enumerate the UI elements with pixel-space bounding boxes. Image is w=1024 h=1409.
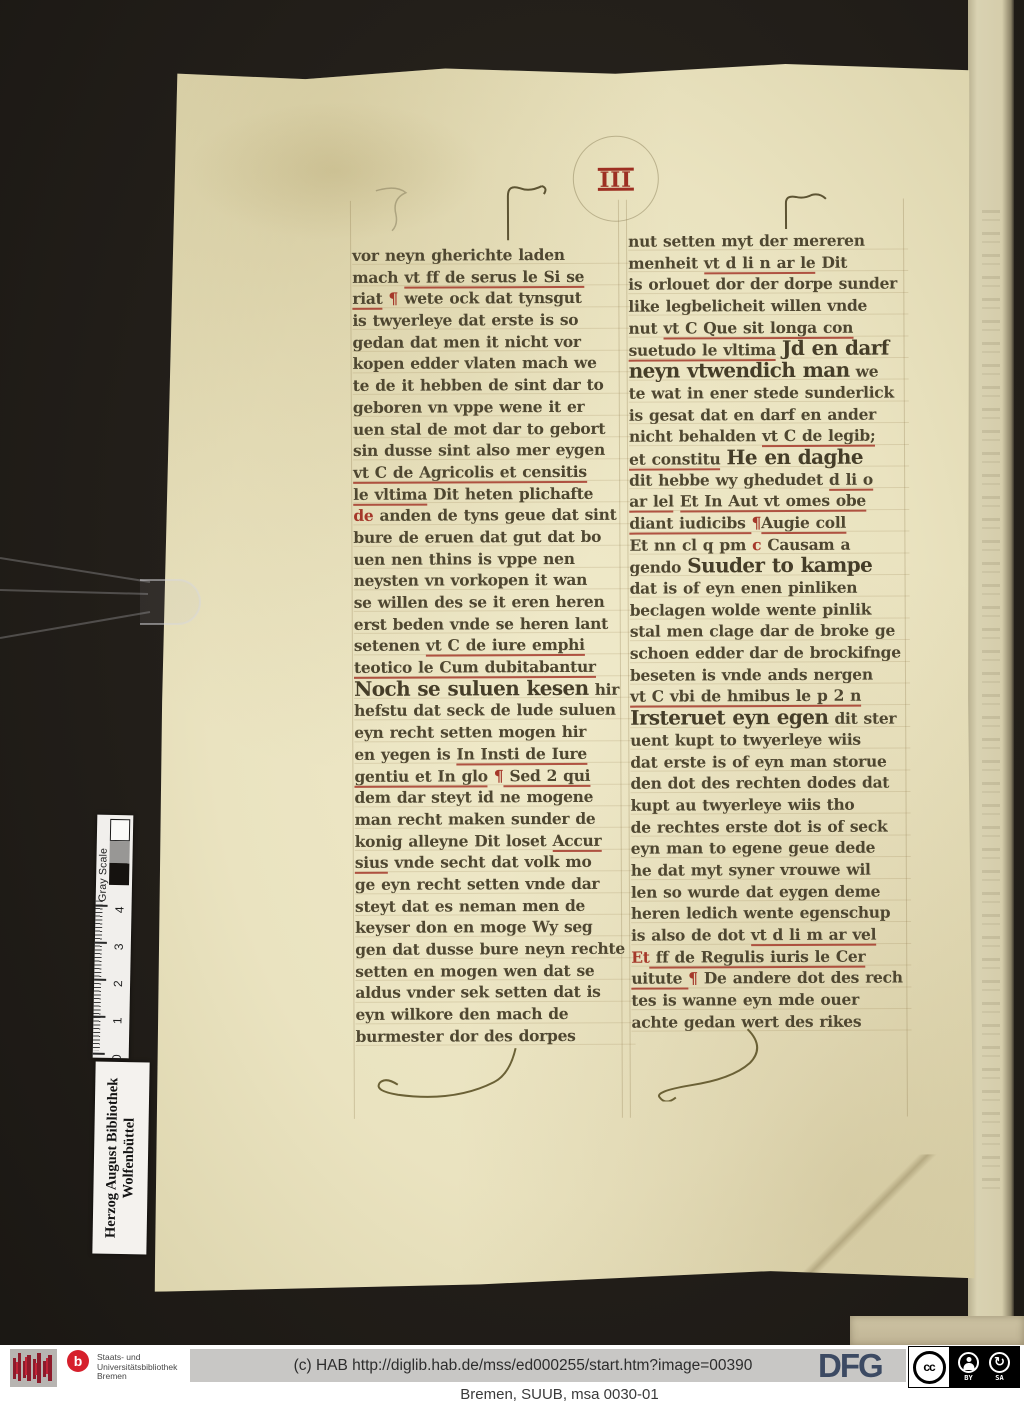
manuscript-text: dem dar steyt id ne mogene xyxy=(354,787,593,807)
manuscript-line: ar lel Et In Aut vt omes obe xyxy=(629,490,909,513)
gray-scale-swatches xyxy=(109,819,130,885)
manuscript-text: te wat in ener stede sunderlick xyxy=(629,382,894,402)
library-label-text: Herzog August Bibliothek Wolfenbüttel xyxy=(102,1064,139,1253)
manuscript-line: len so wurde dat eygen deme xyxy=(631,880,911,903)
manuscript-text: beclagen wolde wente pinlik xyxy=(630,599,871,619)
manuscript-line: keyser don en moge Wy seg xyxy=(355,916,635,939)
red-initial: de xyxy=(353,506,373,525)
cited-passage: ff de Regulis iuris le Cer xyxy=(650,946,866,968)
manuscript-line: eyn man to egene geue dede xyxy=(631,837,911,860)
ruler-major-ticks xyxy=(97,815,133,816)
pen-flourish xyxy=(366,1044,576,1111)
red-initial: c xyxy=(752,535,761,554)
bremen-line3: Bremen xyxy=(97,1372,177,1382)
manuscript-text: nicht behalden xyxy=(629,426,762,446)
cc-sa-arrow-icon: ↻ xyxy=(989,1352,1010,1373)
manuscript-text: uen stal de mot dar to gebort xyxy=(353,418,605,438)
manuscript-text: is also de dot xyxy=(631,925,751,945)
rubric-heading: Irsteruet eyn egen xyxy=(630,705,828,730)
manuscript-text: eyn man to egene geue dede xyxy=(631,838,876,858)
manuscript-text: beseten is vnde ands nergen xyxy=(630,664,873,684)
manuscript-text: anden de tyns geue dat sint xyxy=(373,505,616,525)
manuscript-text: dit hebbe wy ghedudet xyxy=(629,469,829,489)
ruler-minor-ticks xyxy=(93,901,103,1051)
cited-passage: le vltima xyxy=(353,484,427,505)
cc-sa: ↻ SA xyxy=(989,1352,1010,1382)
cited-passage: uitute xyxy=(631,969,688,990)
corner-crease xyxy=(776,1154,967,1275)
manuscript-text: nut xyxy=(628,318,663,337)
manuscript-line: vt C de Agricolis et censitis xyxy=(353,461,633,484)
manuscript-text: eyn recht setten mogen hir xyxy=(354,722,586,742)
manuscript-text xyxy=(674,492,680,511)
manuscript-line: tes is wanne eyn mde ouer xyxy=(631,989,911,1012)
cited-passage: d li o xyxy=(829,469,873,490)
manuscript-line: is also de dot vt d li m ar vel xyxy=(631,923,911,946)
manuscript-line: schoen edder dar de brockifnge xyxy=(630,642,910,665)
manuscript-line: nut setten myt der mereren xyxy=(628,229,908,252)
manuscript-text: te de it hebben de sint dar to xyxy=(353,375,604,395)
manuscript-line: le vltima Dit heten plichafte xyxy=(353,482,633,505)
cc-by: BY xyxy=(958,1352,979,1382)
manuscript-text: schoen edder dar de brockifnge xyxy=(630,643,901,663)
manuscript-text: ge eyn recht setten vnde dar xyxy=(355,874,599,894)
library-label: Herzog August Bibliothek Wolfenbüttel xyxy=(92,1062,149,1255)
manuscript-text: vnde secht dat volk mo xyxy=(388,852,591,872)
manuscript-line: dem dar steyt id ne mogene xyxy=(354,786,634,809)
manuscript-text: erst beden vnde se heren lant xyxy=(354,613,608,633)
cc-sa-label: SA xyxy=(995,1374,1003,1382)
manuscript-text: dat erste is of eyn man storue xyxy=(630,751,886,771)
manuscript-text: is twyerleye dat erste is so xyxy=(352,310,578,330)
swatch-black xyxy=(109,863,129,885)
ruler-number: 1 xyxy=(110,1010,124,1024)
manuscript-line: beseten is vnde ands nergen xyxy=(630,663,910,686)
manuscript-text: De andere dot des rech xyxy=(698,968,903,988)
cited-passage: gentiu et In glo xyxy=(354,766,487,788)
cc-attributes: BY ↻ SA xyxy=(949,1347,1019,1387)
manuscript-line: den dot des rechten dodes dat xyxy=(630,772,910,795)
manuscript-text: geboren vn vppe wene it er xyxy=(353,397,585,417)
manuscript-text: nut setten myt der mereren xyxy=(628,231,865,251)
manuscript-line: geboren vn vppe wene it er xyxy=(353,395,633,418)
cc-license-badge: cc BY ↻ SA xyxy=(908,1346,1020,1388)
cited-passage: Accur xyxy=(552,830,601,851)
text-column-right: nut setten myt der mererenmenheit vt d l… xyxy=(628,229,911,1033)
shelfmark-caption: Bremen, SUUB, msa 0030-01 xyxy=(0,1386,1024,1403)
dfg-logo: DFG xyxy=(818,1347,882,1385)
red-initial: ¶ xyxy=(388,289,398,308)
manuscript-line: konig alleyne Dit loset Accur xyxy=(355,829,635,852)
manuscript-text: gedan dat men it nicht vor xyxy=(352,332,580,352)
ruler-number: 2 xyxy=(111,973,125,987)
manuscript-text: wete ock dat tynsgut xyxy=(398,288,582,308)
cited-passage: ar lel xyxy=(629,492,674,513)
manuscript-line: sin dusse sint also mer eygen xyxy=(353,439,633,462)
manuscript-line: gentiu et In glo ¶ Sed 2 qui xyxy=(354,764,634,787)
manuscript-line: Irsteruet eyn egen dit ster xyxy=(630,707,910,730)
manuscript-line: dat erste is of eyn man storue xyxy=(630,750,910,773)
manuscript-line: uitute ¶ De andere dot des rech xyxy=(631,967,911,990)
manuscript-line: diant iudicibs ¶Augie coll xyxy=(629,511,909,534)
manuscript-text: menheit xyxy=(628,253,704,272)
manuscript-text: den dot des rechten dodes dat xyxy=(630,773,889,793)
red-initial: ¶ xyxy=(752,513,762,532)
text-column-left: vor neyn gherichte ladenmach vt ff de se… xyxy=(352,244,635,1048)
manuscript-line: is orlouet dor der dorpe sunder xyxy=(628,273,908,296)
manuscript-line: heren ledich wente egenschup xyxy=(631,902,911,925)
manuscript-text: burmester dor des dorpes xyxy=(356,1026,576,1046)
manuscript-line: is gesat dat en darf en ander xyxy=(629,403,909,426)
pen-flourish xyxy=(638,1025,808,1102)
library-name: Herzog August Bibliothek xyxy=(102,1064,122,1252)
manuscript-line: dat is of eyn enen pinliken xyxy=(630,576,910,599)
library-city: Wolfenbüttel xyxy=(119,1064,139,1252)
manuscript-text: sin dusse sint also mer eygen xyxy=(353,440,605,460)
manuscript-text: hefstu dat seck de lude suluen xyxy=(354,700,616,720)
manuscript-line: setten en mogen wen dat se xyxy=(355,959,635,982)
cited-passage: vt d li n ar le xyxy=(704,253,816,274)
manuscript-line: uen nen thins is vppe nen xyxy=(353,547,633,570)
manuscript-text: gendo xyxy=(629,558,687,577)
cited-passage: Augie coll xyxy=(761,513,846,534)
cited-passage: vt ff de serus le Si se xyxy=(404,267,584,289)
bremen-library-name: Staats- und Universitätsbibliothek Breme… xyxy=(97,1353,177,1382)
manuscript-text: is orlouet dor der dorpe sunder xyxy=(628,274,897,294)
manuscript-line: steyt dat es neman men de xyxy=(355,894,635,917)
gray-scale-ruler: Gray Scale 43210 xyxy=(93,815,134,1059)
manuscript-text: Causam a xyxy=(761,534,850,553)
manuscript-text: uent kupt to twyerleye wiis xyxy=(630,730,861,750)
manuscript-line: te wat in ener stede sunderlick xyxy=(629,381,909,404)
manuscript-line: gedan dat men it nicht vor xyxy=(352,330,632,353)
manuscript-text: dat is of eyn enen pinliken xyxy=(630,578,858,598)
manuscript-line: neyn vtwendich man we xyxy=(629,360,909,383)
cc-by-person-icon xyxy=(958,1352,979,1373)
ruler-major-tick xyxy=(93,1016,105,1018)
manuscript-line: gendo Suuder to kampe xyxy=(629,555,909,578)
manuscript-line: neysten vn vorkopen it wan xyxy=(354,569,634,592)
ruler-number: 4 xyxy=(112,899,126,913)
ruler-major-tick xyxy=(94,979,106,981)
manuscript-text: de rechtes erste dot is of seck xyxy=(631,816,888,836)
manuscript-line: gen dat dusse bure neyn rechte xyxy=(355,938,635,961)
copyright-url: (c) HAB http://diglib.hab.de/mss/ed00025… xyxy=(190,1357,906,1375)
ruler-major-tick xyxy=(96,905,108,907)
manuscript-line: dit hebbe wy ghedudet d li o xyxy=(629,468,909,491)
ruler-major-tick xyxy=(95,942,107,944)
manuscript-line: man recht maken sunder de xyxy=(355,808,635,831)
manuscript-line: uen stal de mot dar to gebort xyxy=(353,417,633,440)
manuscript-line: et constitu He en daghe xyxy=(629,446,909,469)
manuscript-text: len so wurde dat eygen deme xyxy=(631,881,880,901)
manuscript-text: kupt au twyerleye wiis tho xyxy=(631,795,855,815)
manuscript-line: eyn wilkore den mach de xyxy=(355,1003,635,1026)
manuscript-line: he dat myt syner vrouwe wil xyxy=(631,858,911,881)
cited-passage: riat xyxy=(352,289,382,310)
cited-passage: vt C de Agricolis et censitis xyxy=(353,462,587,484)
manuscript-line: Et ff de Regulis iuris le Cer xyxy=(631,945,911,968)
cited-passage: vt C de iure emphi xyxy=(426,635,585,657)
cited-passage: et constitu xyxy=(629,449,720,470)
book-underpages-edge xyxy=(968,0,1014,1318)
pen-mark xyxy=(486,178,556,242)
manuscript-line: riat ¶ wete ock dat tynsgut xyxy=(352,287,632,310)
rubric-heading: Suuder to kampe xyxy=(687,553,872,578)
gray-scale-title: Gray Scale xyxy=(97,818,111,902)
manuscript-line: setenen vt C de iure emphi xyxy=(354,634,634,657)
manuscript-text: eyn wilkore den mach de xyxy=(355,1004,568,1024)
scan-viewport: III vor neyn gherichte ladenmach vt ff d… xyxy=(0,0,1024,1409)
manuscript-line: sius vnde secht dat volk mo xyxy=(355,851,635,874)
manuscript-text: tes is wanne eyn mde ouer xyxy=(631,990,859,1010)
manuscript-text: keyser don en moge Wy seg xyxy=(355,917,592,937)
bremen-b-logo: b xyxy=(67,1350,89,1372)
manuscript-line: te de it hebben de sint dar to xyxy=(353,374,633,397)
cc-logo: cc xyxy=(909,1347,949,1387)
cited-passage: In Insti de Iure xyxy=(456,744,587,766)
manuscript-line: en yegen is In Insti de Iure xyxy=(354,742,634,765)
manuscript-text: kopen edder vlaten mach we xyxy=(353,353,597,373)
manuscript-line: beclagen wolde wente pinlik xyxy=(630,598,910,621)
manuscript-text: he dat myt syner vrouwe wil xyxy=(631,860,871,880)
manuscript-line: erst beden vnde se heren lant xyxy=(354,612,634,635)
swatch-gray xyxy=(109,841,129,863)
manuscript-text: we xyxy=(849,362,878,381)
sa-arrow-glyph: ↻ xyxy=(994,1356,1005,1369)
manuscript-text: like legbelicheit willen vnde xyxy=(628,296,867,316)
manuscript-line: Noch se suluen kesen hir xyxy=(354,677,634,700)
manuscript-text: Dit heten plichafte xyxy=(427,483,593,503)
pen-mark xyxy=(368,183,428,233)
book-edge-bottom-right xyxy=(850,1316,1024,1346)
rubric-heading: Noch se suluen kesen xyxy=(354,676,589,701)
manuscript-line: aldus vnder sek setten dat is xyxy=(355,981,635,1004)
swatch-white xyxy=(110,819,130,841)
manuscript-line: mach vt ff de serus le Si se xyxy=(352,265,632,288)
manuscript-line: de anden de tyns geue dat sint xyxy=(353,504,633,527)
folio-number: III xyxy=(598,167,635,190)
copyright-strip: (c) HAB http://diglib.hab.de/mss/ed00025… xyxy=(190,1349,906,1382)
red-initial: Et xyxy=(631,947,649,966)
red-initial: ¶ xyxy=(494,766,504,785)
manuscript-line: uent kupt to twyerleye wiis xyxy=(630,728,910,751)
cited-passage: vt d li m ar vel xyxy=(751,925,876,947)
manuscript-line: kupt au twyerleye wiis tho xyxy=(631,793,911,816)
cc-by-label: BY xyxy=(964,1374,972,1382)
manuscript-text: steyt dat es neman men de xyxy=(355,896,585,916)
manuscript-text: is gesat dat en darf en ander xyxy=(629,404,876,424)
cited-passage: sius xyxy=(355,853,389,874)
manuscript-text: uen nen thins is vppe nen xyxy=(353,549,574,569)
manuscript-text: hir xyxy=(589,679,620,698)
bremen-barcode-logo xyxy=(10,1349,57,1387)
manuscript-text: man recht maken sunder de xyxy=(355,809,596,829)
cited-passage: diant iudicibs xyxy=(629,513,751,535)
manuscript-text: bure de eruen dat gut dat bo xyxy=(353,527,601,547)
manuscript-page: III vor neyn gherichte ladenmach vt ff d… xyxy=(145,58,974,1296)
manuscript-text: Et nn cl q pm xyxy=(629,535,752,555)
rubric-heading: He en daghe xyxy=(726,445,863,470)
cited-passage: Et In Aut vt omes obe xyxy=(680,491,866,513)
manuscript-line: se willen des se it eren heren xyxy=(354,591,634,614)
manuscript-line: de rechtes erste dot is of seck xyxy=(631,815,911,838)
page-clamp xyxy=(0,520,230,670)
manuscript-text: en yegen is xyxy=(354,744,456,763)
manuscript-text: setten en mogen wen dat se xyxy=(355,961,594,981)
manuscript-line: bure de eruen dat gut dat bo xyxy=(353,526,633,549)
ruler-number: 3 xyxy=(112,936,126,950)
manuscript-line: stal men clage dar de broke ge xyxy=(630,620,910,643)
manuscript-text: heren ledich wente egenschup xyxy=(631,903,890,923)
folio-number-circle: III xyxy=(573,136,659,222)
manuscript-line: eyn recht setten mogen hir xyxy=(354,721,634,744)
manuscript-text: neysten vn vorkopen it wan xyxy=(354,570,588,590)
manuscript-line: hefstu dat seck de lude suluen xyxy=(354,699,634,722)
manuscript-text: stal men clage dar de broke ge xyxy=(630,621,895,641)
manuscript-text: setenen xyxy=(354,636,426,655)
manuscript-text: mach xyxy=(352,267,404,286)
ruler-major-tick xyxy=(93,1053,105,1055)
manuscript-text: aldus vnder sek setten dat is xyxy=(355,982,600,1002)
pen-mark xyxy=(776,189,836,235)
manuscript-text: konig alleyne Dit loset xyxy=(355,831,553,851)
manuscript-line: ge eyn recht setten vnde dar xyxy=(355,873,635,896)
cited-passage: Sed 2 qui xyxy=(503,765,590,786)
manuscript-line: kopen edder vlaten mach we xyxy=(353,352,633,375)
manuscript-line: menheit vt d li n ar le Dit xyxy=(628,251,908,274)
rubric-heading: Jd en darf xyxy=(782,336,889,360)
manuscript-line: is twyerleye dat erste is so xyxy=(352,309,632,332)
manuscript-text: se willen des se it eren heren xyxy=(354,592,605,612)
parchment-stain xyxy=(185,100,486,241)
footer-bar: b Staats- und Universitätsbibliothek Bre… xyxy=(0,1345,1024,1409)
manuscript-text: dit ster xyxy=(828,709,896,728)
manuscript-text: vor neyn gherichte laden xyxy=(352,245,565,265)
bleedthrough-text-shadow xyxy=(982,210,1000,1190)
manuscript-text: Dit xyxy=(815,252,847,271)
rubric-heading: neyn vtwendich man xyxy=(629,358,850,383)
cc-icon: cc xyxy=(913,1351,946,1384)
manuscript-line: like legbelicheit willen vnde xyxy=(628,295,908,318)
ruler-number: 0 xyxy=(110,1047,124,1061)
manuscript-text: gen dat dusse bure neyn rechte xyxy=(355,939,625,959)
ruler-numbers: 43210 xyxy=(97,815,133,816)
manuscript-line: vor neyn gherichte laden xyxy=(352,244,632,267)
